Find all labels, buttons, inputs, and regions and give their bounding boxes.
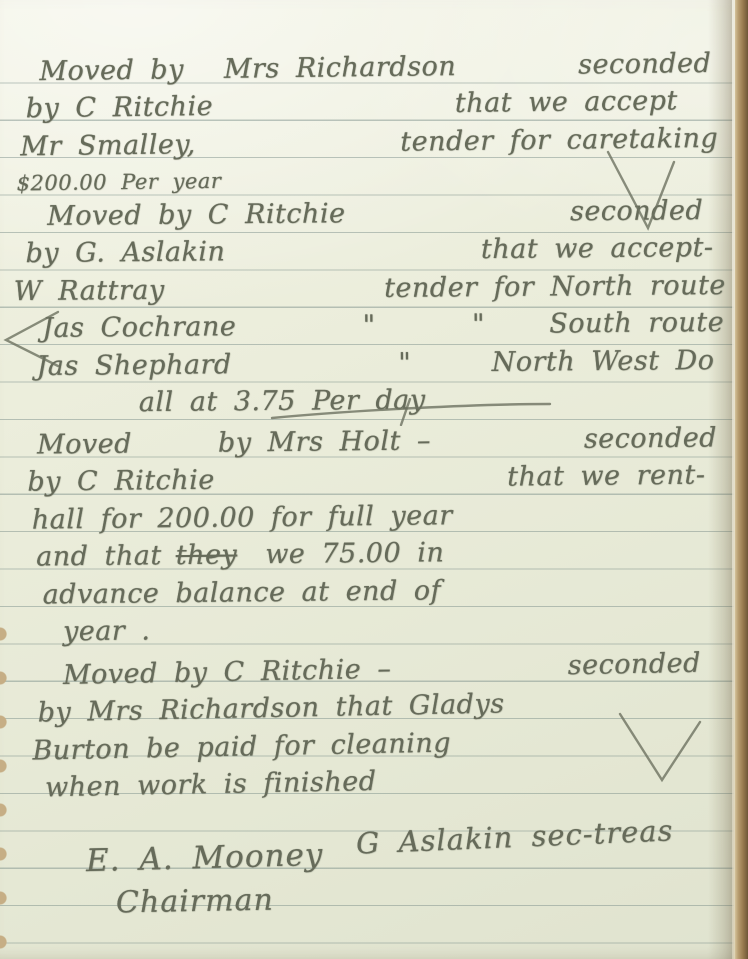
- handwriting-segment: we 75.00 in: [265, 534, 444, 573]
- handwriting-segment: by C Ritchie: [27, 462, 215, 501]
- handwriting-segment: seconded: [567, 645, 701, 685]
- struck-out-word: they: [176, 537, 238, 575]
- handwritten-line: Moved by C Ritchie seconded: [25, 192, 727, 236]
- handwriting-segment: Moved by: [39, 51, 184, 90]
- handwriting-segment: tender for North route: [384, 267, 726, 307]
- handwriting-segment: that we accept-: [481, 229, 714, 268]
- binding-left-edge: [0, 612, 12, 959]
- handwriting-segment: advance balance at end of: [42, 572, 441, 614]
- handwriting-segment: by Mrs Holt –: [218, 422, 431, 462]
- handwriting-segment: tender for caretaking: [400, 120, 718, 161]
- motion-entry-cleaning: Moved by C Ritchie – seconded by Mrs Ric…: [37, 645, 712, 807]
- handwritten-line: all at 3.75 Per day: [27, 379, 729, 423]
- handwritten-line: Jas Shephard " North West Do: [26, 342, 728, 386]
- handwriting-segment: when work is finished: [45, 763, 377, 807]
- handwriting-segment: seconded: [578, 45, 712, 84]
- notebook-page: Moved by Mrs Richardson seconded by C Ri…: [0, 0, 748, 959]
- handwritten-line: W Rattray tender for North route: [26, 267, 728, 311]
- motion-entry-routes: Moved by C Ritchie seconded by G. Aslaki…: [25, 192, 729, 423]
- page-right-edge: [732, 0, 748, 959]
- handwriting-segment: Jas Cochrane: [42, 308, 236, 347]
- handwriting-segment: Moved by C Ritchie –: [63, 651, 392, 695]
- handwritten-line: by G. Aslakin that we accept-: [25, 229, 727, 273]
- chairman-signature: E. A. Mooney: [86, 837, 324, 879]
- handwriting-segment: year .: [63, 612, 151, 650]
- motion-entry-caretaking: Moved by Mrs Richardson seconded by C Ri…: [25, 45, 725, 203]
- handwriting-segment: all at 3.75 Per day: [139, 382, 426, 422]
- handwriting-segment: Mrs Richardson: [224, 48, 457, 88]
- handwriting-segment: by C Ritchie: [26, 88, 214, 128]
- handwriting-segment: that we accept: [455, 83, 678, 123]
- handwriting-segment: hall for 200.00 for full year: [32, 497, 453, 539]
- handwriting-segment ditto-marks: " " South route: [362, 304, 724, 345]
- handwriting-segment: seconded: [584, 419, 718, 458]
- handwriting-segment: seconded: [570, 192, 703, 231]
- handwriting-segment: and that: [36, 537, 162, 576]
- secretary-signature: G Aslakin sec-treas: [355, 813, 674, 860]
- handwritten-line: year .: [29, 606, 723, 651]
- chairman-title: Chairman: [116, 883, 274, 921]
- handwriting-segment: that we rent-: [507, 457, 706, 496]
- handwritten-line: by C Ritchie that we rent-: [27, 457, 721, 502]
- motion-entry-hall-rent: Moved by Mrs Holt – seconded by C Ritchi…: [27, 419, 723, 651]
- handwriting-segment: Jas Shephard: [36, 346, 232, 385]
- handwritten-line: Jas Cochrane " " South route: [26, 304, 728, 348]
- handwriting-segment ditto-marks: " North West Do: [398, 342, 714, 382]
- handwriting-segment: Moved by C Ritchie: [47, 195, 346, 235]
- handwriting-segment: Moved: [37, 426, 132, 464]
- handwriting-segment: W Rattray: [14, 272, 165, 311]
- handwriting-segment: by G. Aslakin: [25, 234, 225, 273]
- handwriting-segment: Mr Smalley,: [20, 126, 196, 166]
